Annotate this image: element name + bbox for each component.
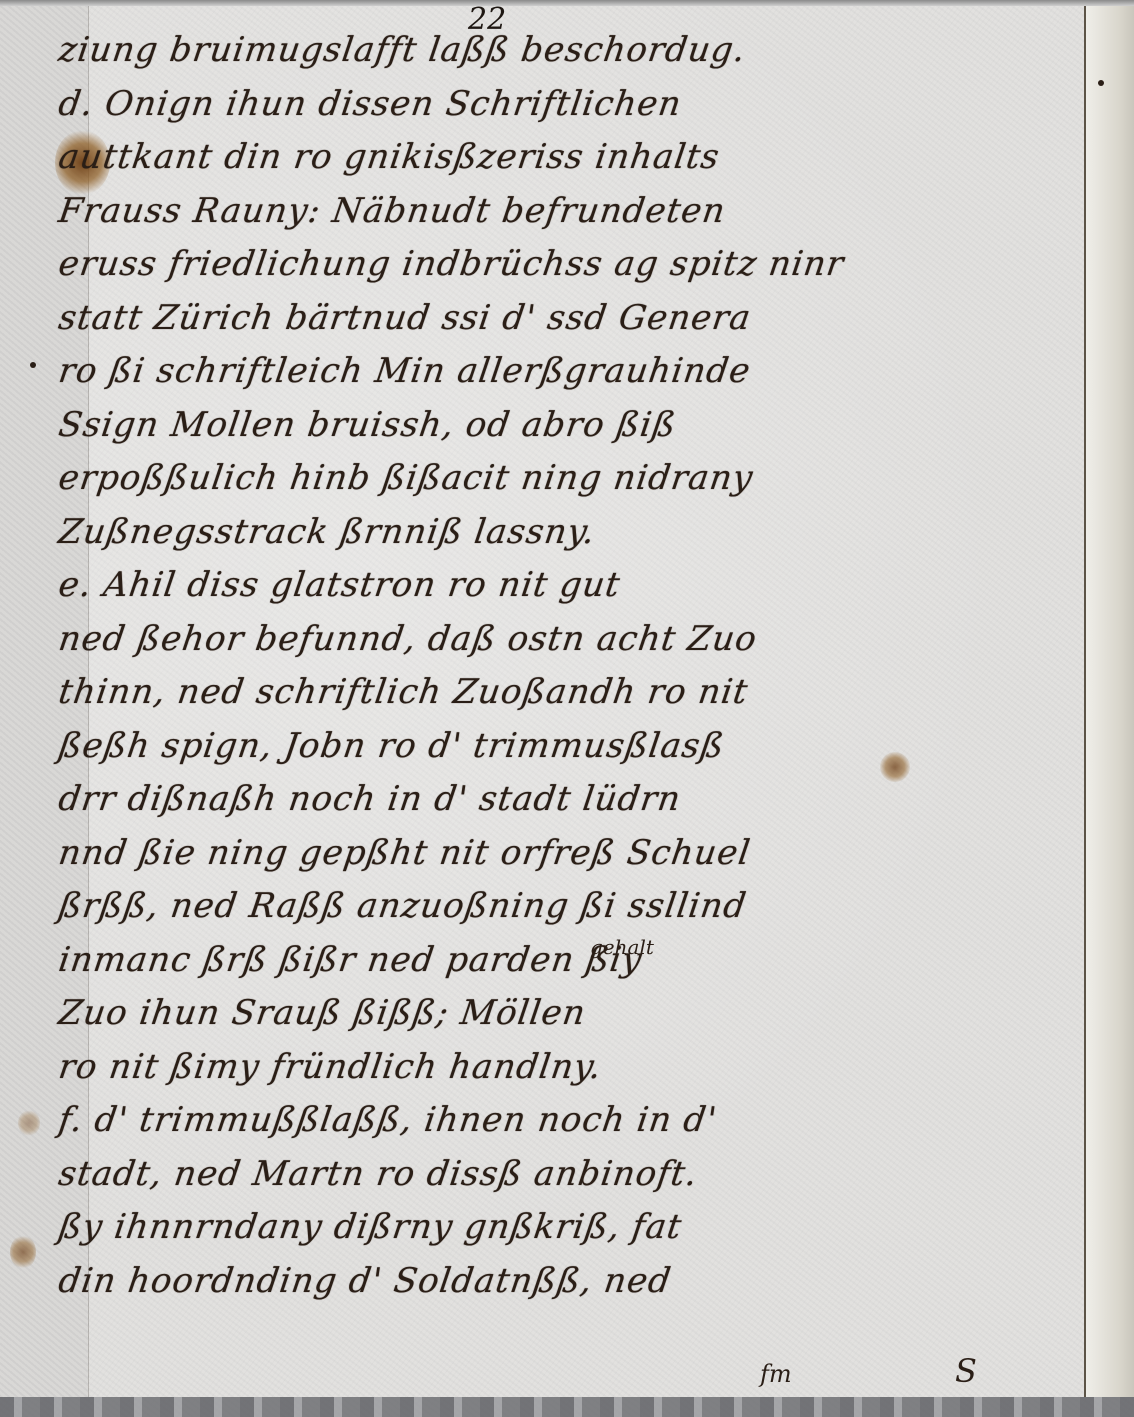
page-top-edge	[0, 0, 1134, 6]
text-line: ro ßi schriftleich Min allerßgrauhinde	[54, 351, 1112, 405]
text-line: Zußnegsstrack ßrnniß lassny.	[54, 512, 1112, 566]
text-line: ro nit ßimy fründlich handlny.	[54, 1047, 1112, 1101]
text-line: inmanc ßrß ßißr ned parden ßiy	[54, 940, 1112, 994]
text-line: din hoordnding d' Soldatnßß, ned	[54, 1261, 1112, 1315]
margin-dot	[30, 362, 36, 368]
text-line: Zuo ihun Srauß ßißß; Möllen	[54, 993, 1112, 1047]
text-line: statt Zürich bärtnud ssi d' ssd Genera	[54, 298, 1112, 352]
interlinear-note: gehalt	[590, 935, 654, 959]
handwritten-text: ziung bruimugslafft laßß beschordug. d. …	[58, 30, 1108, 1314]
text-line: f. d' trimmußßlaßß, ihnen noch in d'	[54, 1100, 1112, 1154]
ink-stain	[10, 1235, 36, 1269]
ink-stain	[18, 1110, 40, 1136]
text-line: eruss friedlichung indbrüchss ag spitz n…	[54, 244, 1112, 298]
text-line: ned ßehor befunnd, daß ostn acht Zuo	[54, 619, 1112, 673]
text-line: e. Ahil diss glatstron ro nit gut	[54, 565, 1112, 619]
text-line: ßy ihnnrndany dißrny gnßkriß, fat	[54, 1207, 1112, 1261]
text-line: thinn, ned schriftlich Zuoßandh ro nit	[54, 672, 1112, 726]
text-line: erpoßßulich hinb ßißacit ning nidrany	[54, 458, 1112, 512]
page-bottom-edge	[0, 1397, 1134, 1417]
text-line: stadt, ned Martn ro dissß anbinoft.	[54, 1154, 1112, 1208]
text-line: nnd ßie ning gepßht nit orfreß Schuel	[54, 833, 1112, 887]
catchword-right: S	[955, 1352, 977, 1390]
text-line: ziung bruimugslafft laßß beschordug.	[54, 30, 1112, 84]
text-line: auttkant din ro gnikisßzeriss inhalts	[54, 137, 1112, 191]
text-line: drr dißnaßh noch in d' stadt lüdrn	[54, 779, 1112, 833]
text-line: d. Onign ihun dissen Schriftlichen	[54, 84, 1112, 138]
text-line: Frauss Rauny: Näbnudt befrundeten	[54, 191, 1112, 245]
catchword-left: fm	[760, 1360, 792, 1388]
manuscript-page: 22 ziung bruimugslafft laßß beschordug. …	[0, 0, 1134, 1417]
text-line: ßeßh spign, Jobn ro d' trimmusßlasß	[54, 726, 1112, 780]
text-line: ßrßß, ned Raßß anzuoßning ßi ssllind	[54, 886, 1112, 940]
text-line: Ssign Mollen bruissh, od abro ßiß	[54, 405, 1112, 459]
